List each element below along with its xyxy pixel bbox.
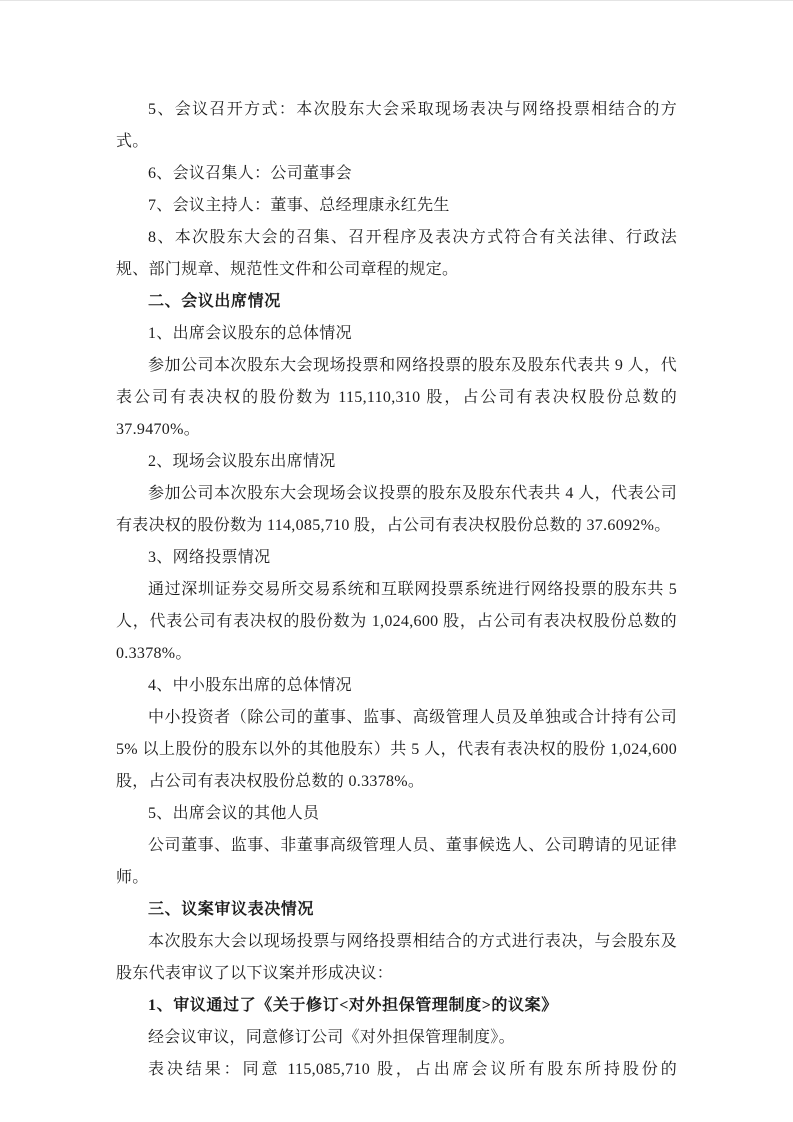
paragraph-onsite-attendance: 参加公司本次股东大会现场会议投票的股东及股东代表共 4 人，代表公司有表决权的股… (116, 478, 677, 542)
item-title-overall-attendance: 1、出席会议股东的总体情况 (116, 318, 677, 350)
paragraph-compliance: 8、本次股东大会的召集、召开程序及表决方式符合有关法律、行政法规、部门规章、规范… (116, 222, 677, 286)
item-title-minority-attendance: 4、中小股东出席的总体情况 (116, 670, 677, 702)
paragraph-vote-result: 表决结果：同意 115,085,710 股，占出席会议所有股东所持股份的 (116, 1054, 677, 1086)
paragraph-voting-method: 本次股东大会以现场投票与网络投票相结合的方式进行表决，与会股东及股东代表审议了以… (116, 926, 677, 990)
item-title-online-voting: 3、网络投票情况 (116, 542, 677, 574)
paragraph-online-voting: 通过深圳证券交易所交易系统和互联网投票系统进行网络投票的股东共 5 人，代表公司… (116, 574, 677, 670)
page-top-edge (0, 0, 793, 1)
section-heading-proposals: 三、议案审议表决情况 (116, 894, 677, 926)
item-title-other-attendees: 5、出席会议的其他人员 (116, 798, 677, 830)
paragraph-proposal-review: 经会议审议，同意修订公司《对外担保管理制度》。 (116, 1022, 677, 1054)
section-heading-attendance: 二、会议出席情况 (116, 286, 677, 318)
paragraph-chairperson: 7、会议主持人：董事、总经理康永红先生 (116, 190, 677, 222)
document-page: 5、会议召开方式：本次股东大会采取现场表决与网络投票相结合的方式。 6、会议召集… (0, 0, 793, 1122)
paragraph-meeting-format: 5、会议召开方式：本次股东大会采取现场表决与网络投票相结合的方式。 (116, 94, 677, 158)
proposal-heading-1: 1、审议通过了《关于修订<对外担保管理制度>的议案》 (116, 990, 677, 1022)
item-title-onsite-attendance: 2、现场会议股东出席情况 (116, 446, 677, 478)
paragraph-overall-attendance: 参加公司本次股东大会现场投票和网络投票的股东及股东代表共 9 人，代表公司有表决… (116, 350, 677, 446)
paragraph-other-attendees: 公司董事、监事、非董事高级管理人员、董事候选人、公司聘请的见证律师。 (116, 830, 677, 894)
paragraph-convener: 6、会议召集人：公司董事会 (116, 158, 677, 190)
paragraph-minority-attendance: 中小投资者（除公司的董事、监事、高级管理人员及单独或合计持有公司 5% 以上股份… (116, 702, 677, 798)
